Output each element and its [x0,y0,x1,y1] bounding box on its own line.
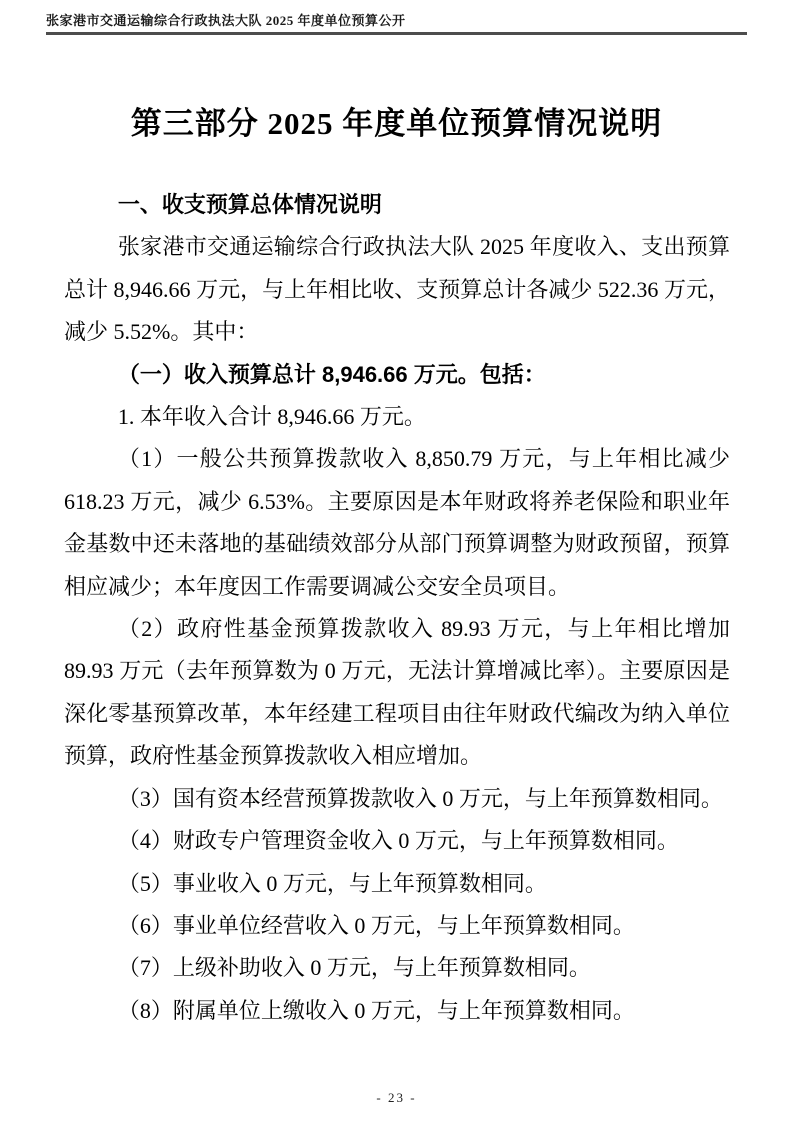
paragraph-item-2-government-fund: （2）政府性基金预算拨款收入 89.93 万元，与上年相比增加 89.93 万元… [64,608,730,778]
page-header: 张家港市交通运输综合行政执法大队 2025 年度单位预算公开 [46,10,747,35]
section-heading: 一、收支预算总体情况说明 [64,184,730,226]
paragraph-item-8-subordinate-unit-income: （8）附属单位上缴收入 0 万元，与上年预算数相同。 [64,990,730,1032]
paragraph-item-1-general-public-budget: （1）一般公共预算拨款收入 8,850.79 万元，与上年相比减少 618.23… [64,438,730,608]
page-number: - 23 - [0,1090,793,1106]
header-title: 张家港市交通运输综合行政执法大队 2025 年度单位预算公开 [46,10,747,29]
paragraph-item-3-state-capital: （3）国有资本经营预算拨款收入 0 万元，与上年预算数相同。 [64,778,730,820]
document-page: 张家港市交通运输综合行政执法大队 2025 年度单位预算公开 第三部分 2025… [0,0,793,1122]
paragraph-item-6-institution-operating-income: （6）事业单位经营收入 0 万元，与上年预算数相同。 [64,905,730,947]
header-rule [46,32,747,35]
paragraph-overview: 张家港市交通运输综合行政执法大队 2025 年度收入、支出预算总计 8,946.… [64,226,730,353]
paragraph-item-7-superior-subsidy-income: （7）上级补助收入 0 万元，与上年预算数相同。 [64,947,730,989]
paragraph-item-4-fiscal-special-account: （4）财政专户管理资金收入 0 万元，与上年预算数相同。 [64,820,730,862]
paragraph-current-year-income: 1. 本年收入合计 8,946.66 万元。 [64,396,730,438]
document-body: 一、收支预算总体情况说明 张家港市交通运输综合行政执法大队 2025 年度收入、… [64,184,730,1032]
document-title: 第三部分 2025 年度单位预算情况说明 [0,98,793,143]
subsection-heading-income-total: （一）收入预算总计 8,946.66 万元。包括： [64,354,730,396]
paragraph-item-5-institution-income: （5）事业收入 0 万元，与上年预算数相同。 [64,863,730,905]
